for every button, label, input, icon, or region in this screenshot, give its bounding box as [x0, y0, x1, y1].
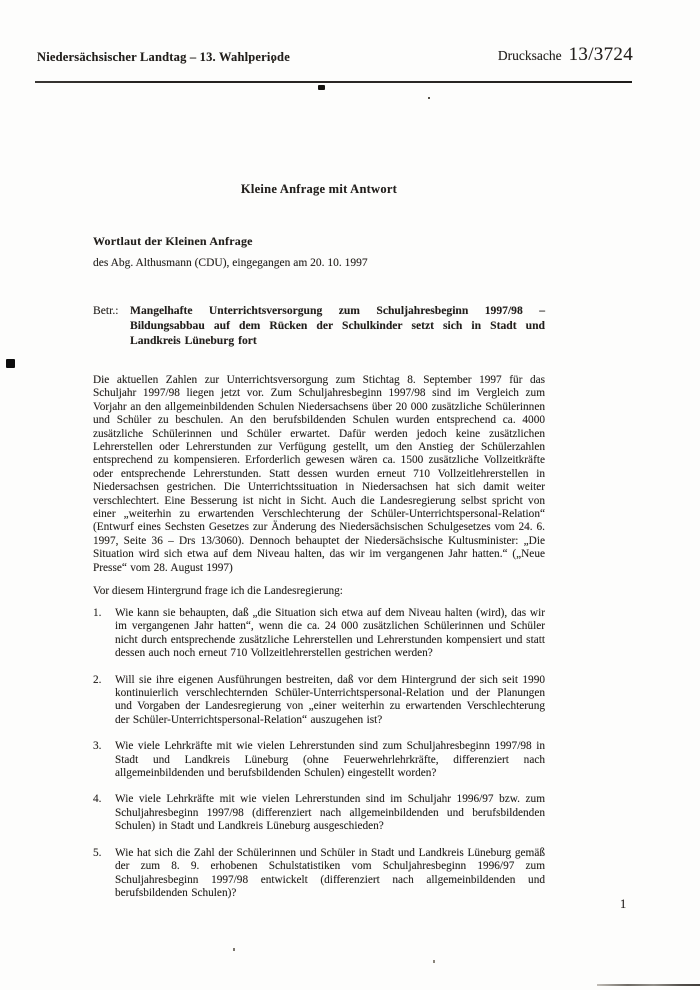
- question-text: Wie hat sich die Zahl der Schülerinnen u…: [115, 847, 545, 901]
- drucksache-number: 13/3724: [569, 44, 633, 66]
- question-text: Wie viele Lehrkräfte mit wie vielen Lehr…: [115, 793, 545, 833]
- question-item: 4. Wie viele Lehrkräfte mit wie vielen L…: [93, 793, 545, 833]
- scan-artifact-bottom-line: [597, 984, 700, 986]
- subject-label: Betr.:: [93, 303, 130, 348]
- header-rule: [35, 81, 632, 83]
- lead-in-line: Vor diesem Hintergrund frage ich die Lan…: [93, 585, 343, 597]
- question-item: 5. Wie hat sich die Zahl der Schülerinne…: [93, 847, 545, 901]
- subject-text: Mangelhafte Unterrichtsversorgung zum Sc…: [130, 303, 545, 348]
- question-text: Wie kann sie behaupten, daß „die Situati…: [115, 607, 545, 661]
- document-title: Kleine Anfrage mit Antwort: [93, 182, 545, 197]
- question-number: 2.: [93, 674, 115, 728]
- question-number: 5.: [93, 847, 115, 901]
- drucksache-label: Drucksache: [498, 48, 562, 64]
- header-parliament-title: Niedersächsischer Landtag – 13. Wahlperi…: [37, 50, 290, 65]
- question-number: 3.: [93, 740, 115, 780]
- scan-artifact-speck: [428, 97, 430, 99]
- question-list: 1. Wie kann sie behaupten, daß „die Situ…: [93, 607, 545, 913]
- question-number: 4.: [93, 793, 115, 833]
- section-heading: Wortlaut der Kleinen Anfrage: [93, 234, 253, 249]
- question-text: Wie viele Lehrkräfte mit wie vielen Lehr…: [115, 740, 545, 780]
- intro-paragraph: Die aktuellen Zahlen zur Unterrichtsvers…: [93, 374, 545, 575]
- question-item: 3. Wie viele Lehrkräfte mit wie vielen L…: [93, 740, 545, 780]
- header-drucksache: Drucksache 13/3724: [498, 44, 633, 66]
- subject-block: Betr.: Mangelhafte Unterrichtsversorgung…: [93, 303, 545, 348]
- scan-artifact-speck: [318, 85, 325, 90]
- document-page: Niedersächsischer Landtag – 13. Wahlperi…: [0, 0, 700, 990]
- question-item: 2. Will sie ihre eigenen Ausführungen be…: [93, 674, 545, 728]
- scan-artifact-speck: [433, 960, 435, 963]
- scan-artifact-speck: [272, 59, 274, 63]
- question-text: Will sie ihre eigenen Ausführungen bestr…: [115, 674, 545, 728]
- scan-artifact-speck: [233, 948, 235, 951]
- page-number: 1: [620, 897, 626, 912]
- scan-artifact-margin-square: [6, 359, 15, 368]
- question-number: 1.: [93, 607, 115, 661]
- submitter-line: des Abg. Althusmann (CDU), eingegangen a…: [93, 257, 368, 269]
- question-item: 1. Wie kann sie behaupten, daß „die Situ…: [93, 607, 545, 661]
